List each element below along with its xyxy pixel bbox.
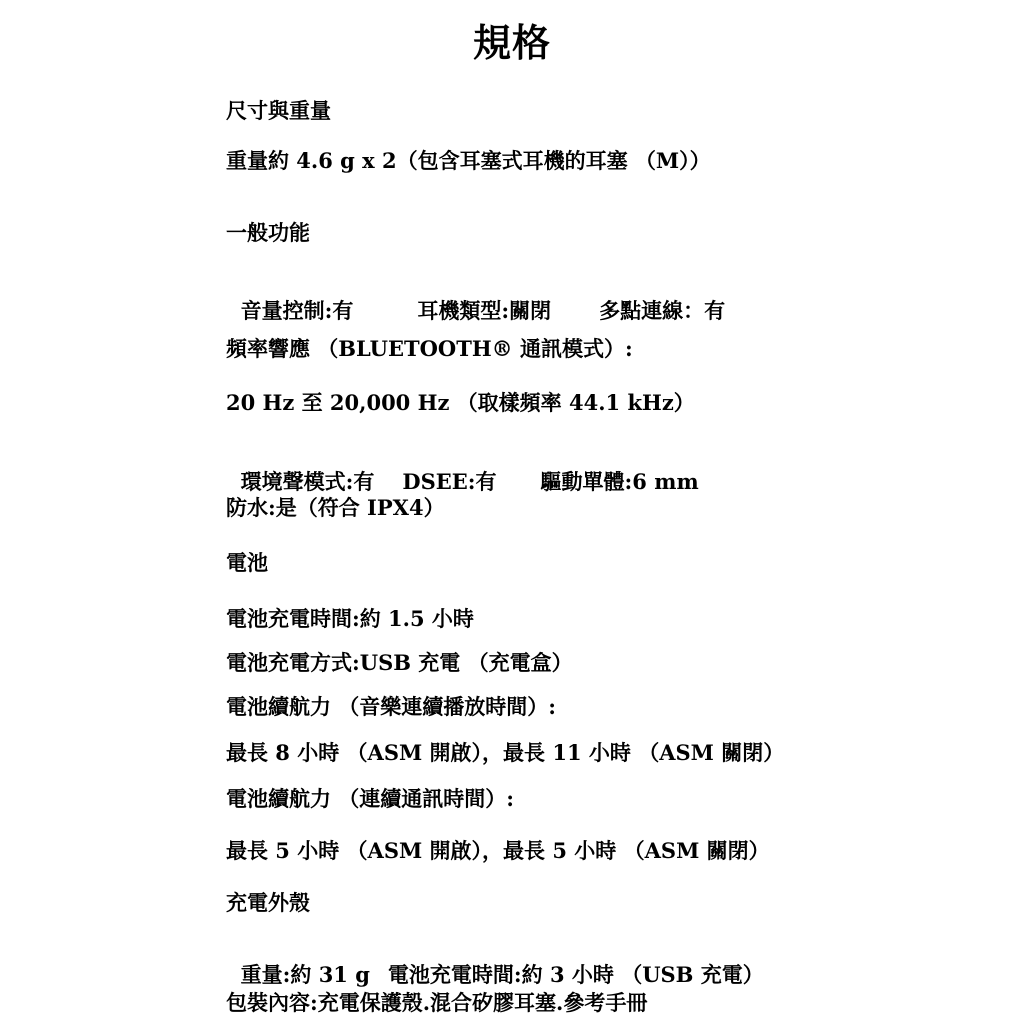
multipoint-spec: 多點連線：有 <box>599 298 725 324</box>
ambient-sound-spec: 環境聲模式:有 <box>241 469 375 495</box>
driver-unit-spec: 驅動單體:6 mm <box>541 469 699 495</box>
package-contents: 包裝內容:充電保護殼.混合矽膠耳塞.參考手冊 <box>226 990 647 1016</box>
section-heading-case: 充電外殼 <box>226 890 310 916</box>
section-heading-size-weight: 尺寸與重量 <box>226 98 331 124</box>
frequency-response-value: 20 Hz 至 20,000 Hz （取樣頻率 44.1 kHz） <box>226 390 695 416</box>
talk-time-value: 最長 5 小時 （ASM 開啟），最長 5 小時 （ASM 關閉） <box>226 838 770 864</box>
battery-charge-method: 電池充電方式:USB 充電 （充電盒） <box>226 650 573 676</box>
section-heading-general: 一般功能 <box>226 220 310 246</box>
case-specs-row: 重量:約 31 g電池充電時間:約 3 小時 （USB 充電） <box>226 936 764 988</box>
dsee-spec: DSEE:有 <box>402 469 496 495</box>
frequency-response-label: 頻率響應 （BLUETOOTH® 通訊模式）: <box>226 336 633 362</box>
waterproof-spec: 防水:是（符合 IPX4） <box>226 495 445 521</box>
page-title: 規格 <box>0 12 1024 67</box>
weight-spec: 重量約 4.6 g x 2（包含耳塞式耳機的耳塞 （M）） <box>226 148 711 174</box>
audio-features-row: 環境聲模式:有DSEE:有驅動單體:6 mm <box>226 443 699 495</box>
case-charge-time-spec: 電池充電時間:約 3 小時 （USB 充電） <box>388 962 764 988</box>
case-weight-spec: 重量:約 31 g <box>241 962 370 988</box>
music-playback-value: 最長 8 小時 （ASM 開啟），最長 11 小時 （ASM 關閉） <box>226 740 784 766</box>
music-playback-label: 電池續航力 （音樂連續播放時間）: <box>226 694 556 720</box>
battery-charge-time: 電池充電時間:約 1.5 小時 <box>226 606 474 632</box>
talk-time-label: 電池續航力 （連續通訊時間）: <box>226 786 514 812</box>
headphone-type-spec: 耳機類型:關閉 <box>417 298 551 324</box>
general-features-row: 音量控制:有耳機類型:關閉多點連線：有 <box>226 272 725 324</box>
volume-control-spec: 音量控制:有 <box>241 298 354 324</box>
section-heading-battery: 電池 <box>226 550 268 576</box>
